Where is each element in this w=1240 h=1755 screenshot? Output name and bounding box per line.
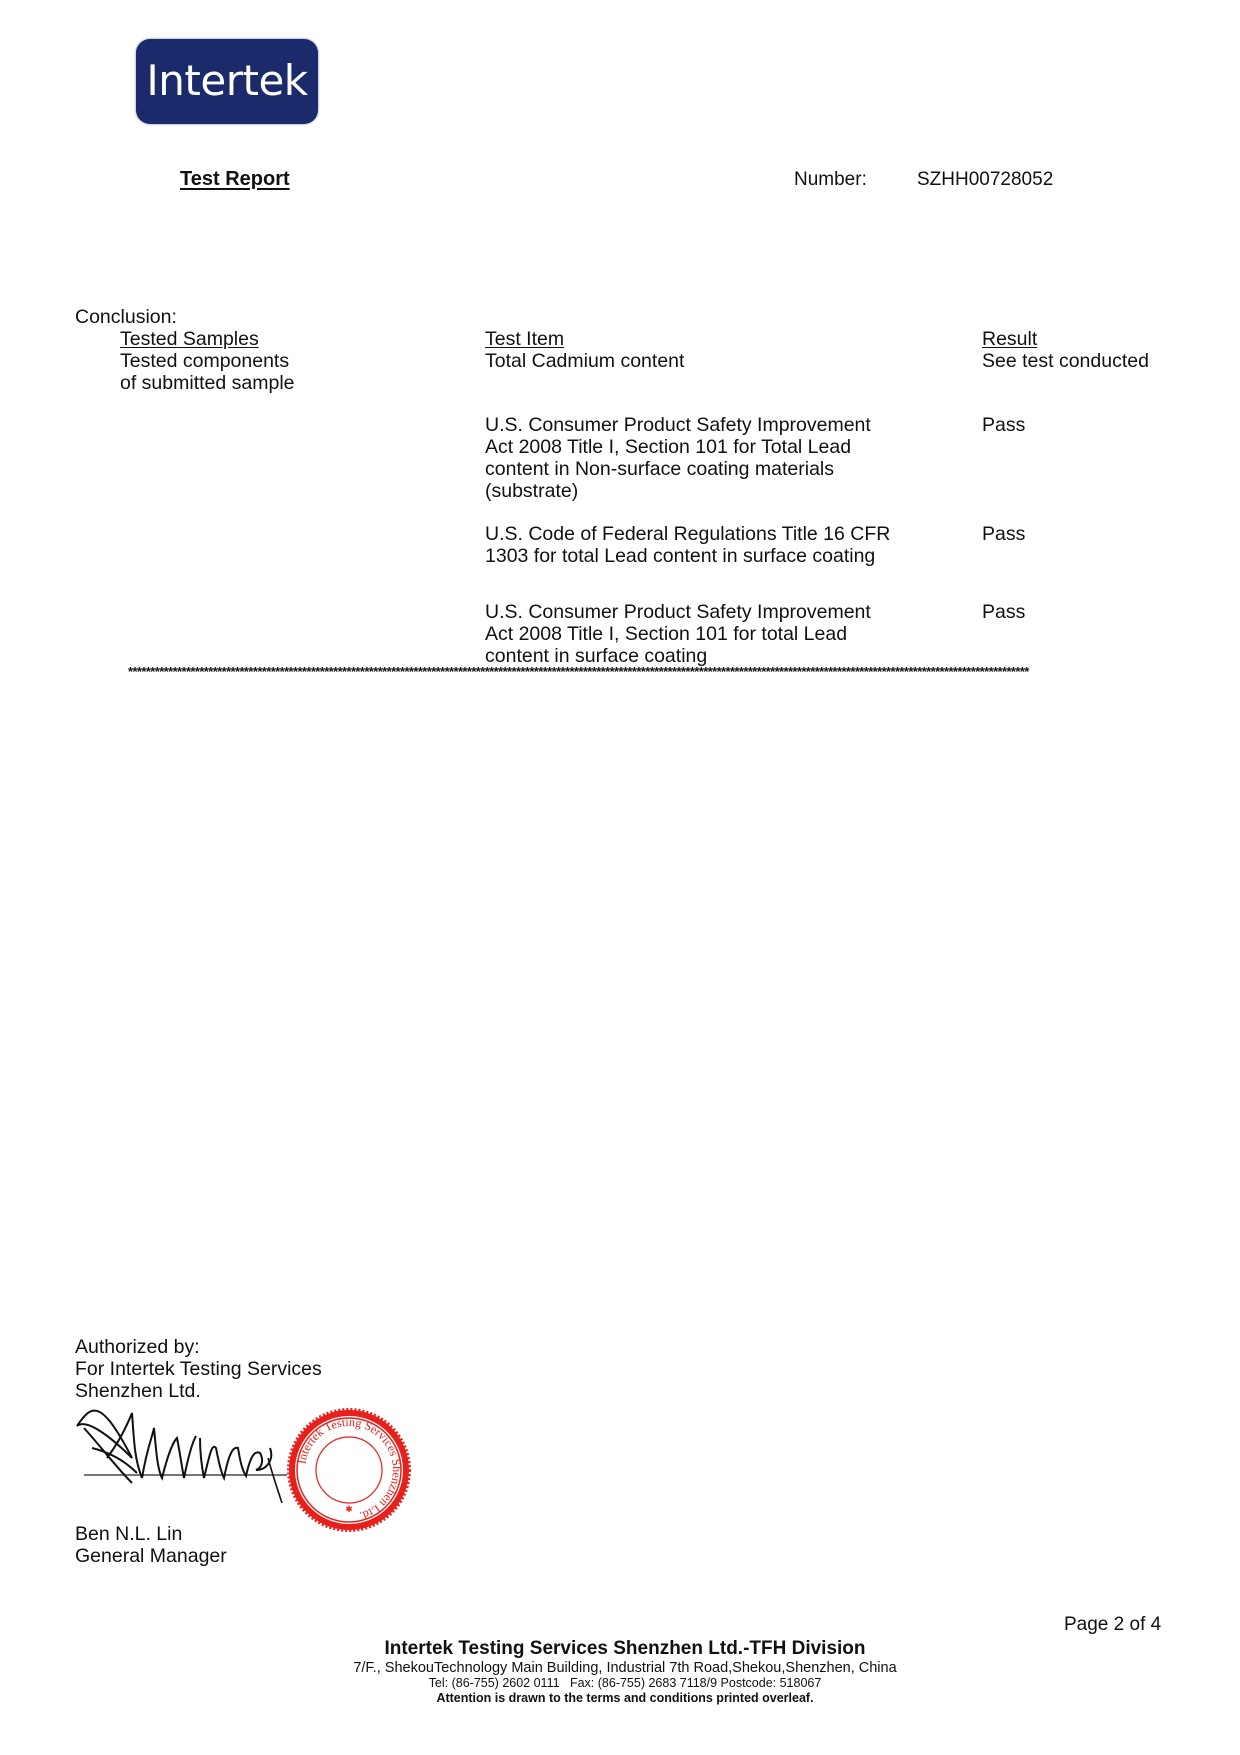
item-line: U.S. Consumer Product Safety Improvement — [485, 414, 925, 436]
signature — [72, 1398, 302, 1513]
item-line: U.S. Consumer Product Safety Improvement — [485, 601, 925, 623]
table-row-result: See test conducted — [982, 350, 1149, 372]
report-number-label: Number: — [794, 169, 867, 191]
authorized-by-label: Authorized by: — [75, 1336, 322, 1358]
svg-text:✱: ✱ — [345, 1504, 353, 1514]
table-row-item: U.S. Consumer Product Safety Improvement… — [485, 414, 925, 502]
table-row-item: Total Cadmium content — [485, 350, 925, 372]
signer-title: General Manager — [75, 1545, 227, 1567]
tested-samples: Tested components of submitted sample — [120, 350, 295, 394]
signer-name: Ben N.L. Lin — [75, 1523, 227, 1545]
separator-line: ****************************************… — [128, 665, 1174, 679]
page-title: Test Report — [180, 168, 290, 191]
item-line: Act 2008 Title I, Section 101 for Total … — [485, 436, 925, 458]
item-line: content in surface coating — [485, 645, 925, 667]
report-number-value: SZHH00728052 — [917, 169, 1053, 191]
column-header-samples: Tested Samples — [120, 328, 259, 350]
intertek-logo: Intertek — [136, 39, 318, 124]
table-row-result: Pass — [982, 414, 1025, 436]
table-row-result: Pass — [982, 601, 1025, 623]
sample-line: of submitted sample — [120, 372, 295, 394]
table-row-item: U.S. Code of Federal Regulations Title 1… — [485, 523, 925, 567]
table-row-item: U.S. Consumer Product Safety Improvement… — [485, 601, 925, 667]
sample-line: Tested components — [120, 350, 295, 372]
authorized-company: For Intertek Testing Services — [75, 1358, 322, 1380]
item-line: (substrate) — [485, 480, 925, 502]
page-number: Page 2 of 4 — [1064, 1614, 1161, 1636]
item-line: U.S. Code of Federal Regulations Title 1… — [485, 523, 925, 545]
footer-contact: Tel: (86-755) 2602 0111 Fax: (86-755) 26… — [280, 1676, 970, 1691]
footer-address: 7/F., ShekouTechnology Main Building, In… — [280, 1660, 970, 1676]
column-header-result: Result — [982, 328, 1037, 350]
company-seal: Intertek Testing Services Shenzhen Ltd. … — [287, 1408, 411, 1537]
footer: Intertek Testing Services Shenzhen Ltd.-… — [280, 1638, 970, 1706]
signer-block: Ben N.L. Lin General Manager — [75, 1523, 227, 1567]
table-row-result: Pass — [982, 523, 1025, 545]
item-line: Act 2008 Title I, Section 101 for total … — [485, 623, 925, 645]
footer-company: Intertek Testing Services Shenzhen Ltd.-… — [280, 1638, 970, 1660]
conclusion-label: Conclusion: — [75, 306, 177, 328]
logo-text: Intertek — [146, 56, 307, 105]
item-line: content in Non-surface coating materials — [485, 458, 925, 480]
column-header-item: Test Item — [485, 328, 925, 350]
item-line: 1303 for total Lead content in surface c… — [485, 545, 925, 567]
footer-notice: Attention is drawn to the terms and cond… — [280, 1691, 970, 1706]
item-line: Total Cadmium content — [485, 350, 925, 372]
authorization-block: Authorized by: For Intertek Testing Serv… — [75, 1336, 322, 1402]
